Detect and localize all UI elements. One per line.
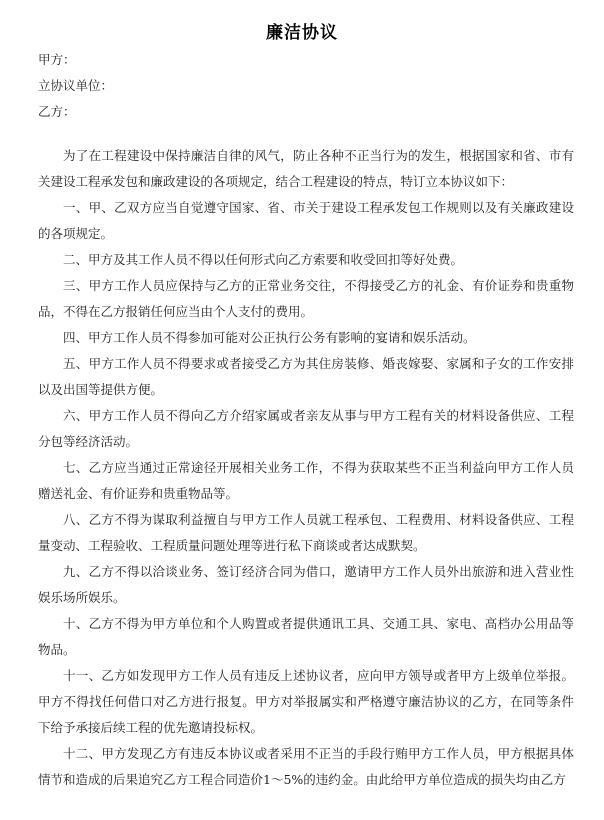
clause-2: 二、甲方及其工作人员不得以任何形式向乙方索要和收受回扣等好处费。 (38, 247, 574, 273)
clause-4: 四、甲方工作人员不得参加可能对公正执行公务有影响的宴请和娱乐活动。 (38, 325, 574, 351)
clause-5: 五、甲方工作人员不得要求或者接受乙方为其住房装修、婚丧嫁娶、家属和子女的工作安排… (38, 351, 574, 403)
clause-6: 六、甲方工作人员不得向乙方介绍家属或者亲友从事与甲方工程有关的材料设备供应、工程… (38, 403, 574, 455)
clause-11: 十一、乙方如发现甲方工作人员有违反上述协议者，应向甲方领导或者甲方上级单位举报。… (38, 663, 574, 741)
clause-3: 三、甲方工作人员应保持与乙方的正常业务交往，不得接受乙方的礼金、有价证券和贵重物… (38, 273, 574, 325)
clause-12: 十二、甲方发现乙方有违反本协议或者采用不正当的手段行贿甲方工作人员，甲方根据具体… (38, 741, 574, 793)
clause-8: 八、乙方不得为谋取利益擅自与甲方工作人员就工程承包、工程费用、材料设备供应、工程… (38, 507, 574, 559)
signing-unit-label: 立协议单位： (38, 78, 113, 94)
document-title: 廉洁协议 (0, 18, 604, 43)
clause-1: 一、甲、乙双方应当自觉遵守国家、省、市关于建设工程承发包工作规则以及有关廉政建设… (38, 195, 574, 247)
agreement-body: 为了在工程建设中保持廉洁自律的风气，防止各种不正当行为的发生，根据国家和省、市有… (38, 143, 574, 793)
document-page: 廉洁协议 甲方： 立协议单位： 乙方： 为了在工程建设中保持廉洁自律的风气，防止… (0, 0, 604, 820)
clause-9: 九、乙方不得以洽谈业务、签订经济合同为借口，邀请甲方工作人员外出旅游和进入营业性… (38, 559, 574, 611)
party-a-label: 甲方： (38, 52, 76, 68)
party-b-label: 乙方： (38, 104, 76, 120)
clause-7: 七、乙方应当通过正常途径开展相关业务工作，不得为获取某些不正当利益向甲方工作人员… (38, 455, 574, 507)
preamble-paragraph: 为了在工程建设中保持廉洁自律的风气，防止各种不正当行为的发生，根据国家和省、市有… (38, 143, 574, 195)
clause-10: 十、乙方不得为甲方单位和个人购置或者提供通讯工具、交通工具、家电、高档办公用品等… (38, 611, 574, 663)
